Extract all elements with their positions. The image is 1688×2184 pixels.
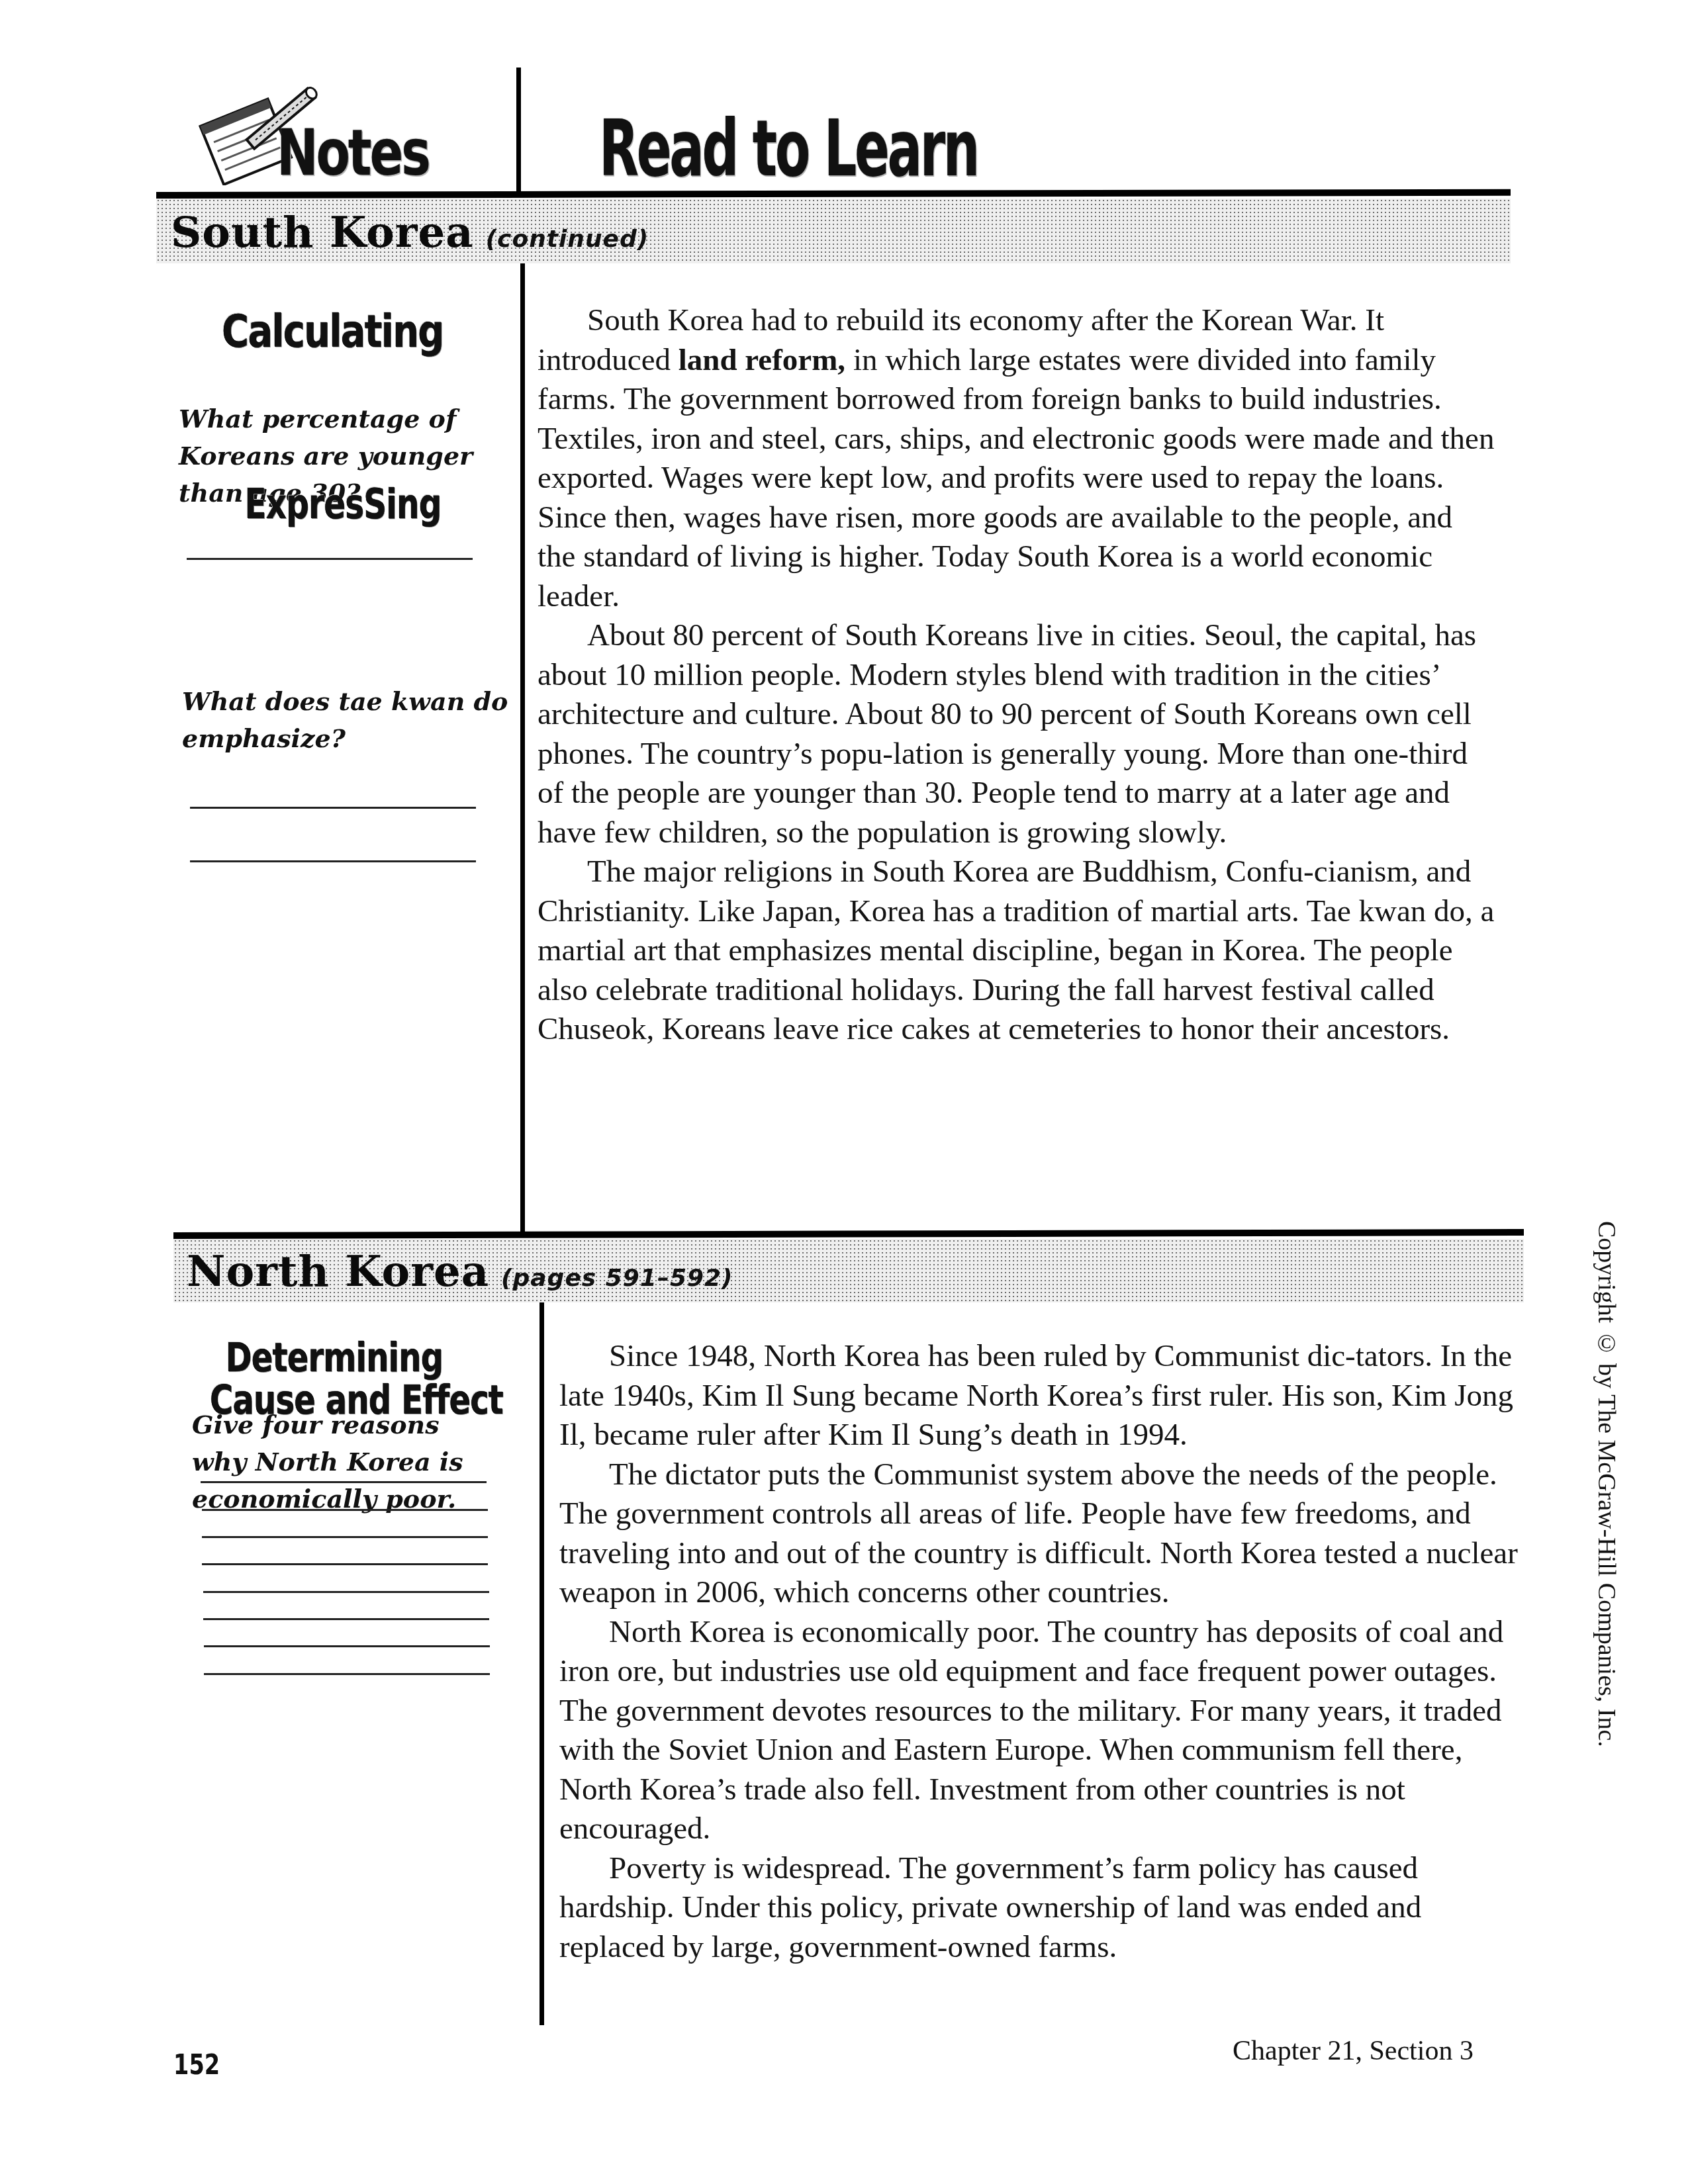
paragraph: Poverty is widespread. The government’s …	[559, 1849, 1519, 1968]
notes-title: Notes	[277, 116, 429, 190]
answer-line[interactable]	[204, 1645, 490, 1647]
paragraph: South Korea had to rebuild its economy a…	[538, 301, 1497, 616]
section-title: North Korea	[187, 1247, 489, 1297]
answer-line[interactable]	[202, 1563, 488, 1565]
section-header-north-korea: North Korea(pages 591–592)	[173, 1239, 1524, 1302]
section-header-south-korea: South Korea(continued)	[156, 199, 1511, 263]
answer-line[interactable]	[202, 1509, 488, 1511]
paragraph: Since 1948, North Korea has been ruled b…	[559, 1337, 1519, 1455]
answer-line[interactable]	[190, 807, 476, 809]
section-rule	[156, 189, 1511, 199]
paragraph: About 80 percent of South Koreans live i…	[538, 616, 1497, 852]
chapter-section-label: Chapter 21, Section 3	[1233, 2035, 1474, 2067]
column-divider	[516, 68, 521, 197]
answer-line[interactable]	[204, 1673, 490, 1675]
answer-line[interactable]	[201, 1481, 487, 1483]
paragraph: North Korea is economically poor. The co…	[559, 1613, 1519, 1849]
answer-line[interactable]	[203, 1618, 489, 1620]
section-subtitle: (continued)	[486, 226, 649, 253]
reading-north-korea: Since 1948, North Korea has been ruled b…	[559, 1337, 1519, 1967]
read-to-learn-title: Read to Learn	[599, 103, 978, 194]
column-divider	[539, 1302, 544, 2025]
paragraph: The major religions in South Korea are B…	[538, 852, 1497, 1050]
skill-heading-expressing: ExpresSing	[245, 480, 431, 528]
copyright-notice: Copyright © by The McGraw-Hill Companies…	[1592, 1221, 1621, 1747]
section-rule	[173, 1229, 1524, 1239]
key-term: land reform,	[679, 343, 845, 377]
column-divider	[520, 263, 525, 1236]
reading-south-korea: South Korea had to rebuild its economy a…	[538, 301, 1497, 1050]
answer-line[interactable]	[203, 1591, 489, 1593]
sidebar-question: What does tae kwan do emphasize?	[182, 683, 513, 757]
section-subtitle: (pages 591–592)	[501, 1265, 733, 1292]
answer-line[interactable]	[202, 1536, 488, 1538]
skill-heading-calculating: Calculating	[222, 306, 434, 358]
page-number: 152	[173, 2048, 220, 2081]
sidebar-question: Give four reasons why North Korea is eco…	[192, 1406, 496, 1518]
answer-line[interactable]	[187, 558, 473, 560]
section-title: South Korea	[171, 208, 474, 257]
answer-line[interactable]	[190, 860, 476, 862]
paragraph: The dictator puts the Communist system a…	[559, 1455, 1519, 1613]
